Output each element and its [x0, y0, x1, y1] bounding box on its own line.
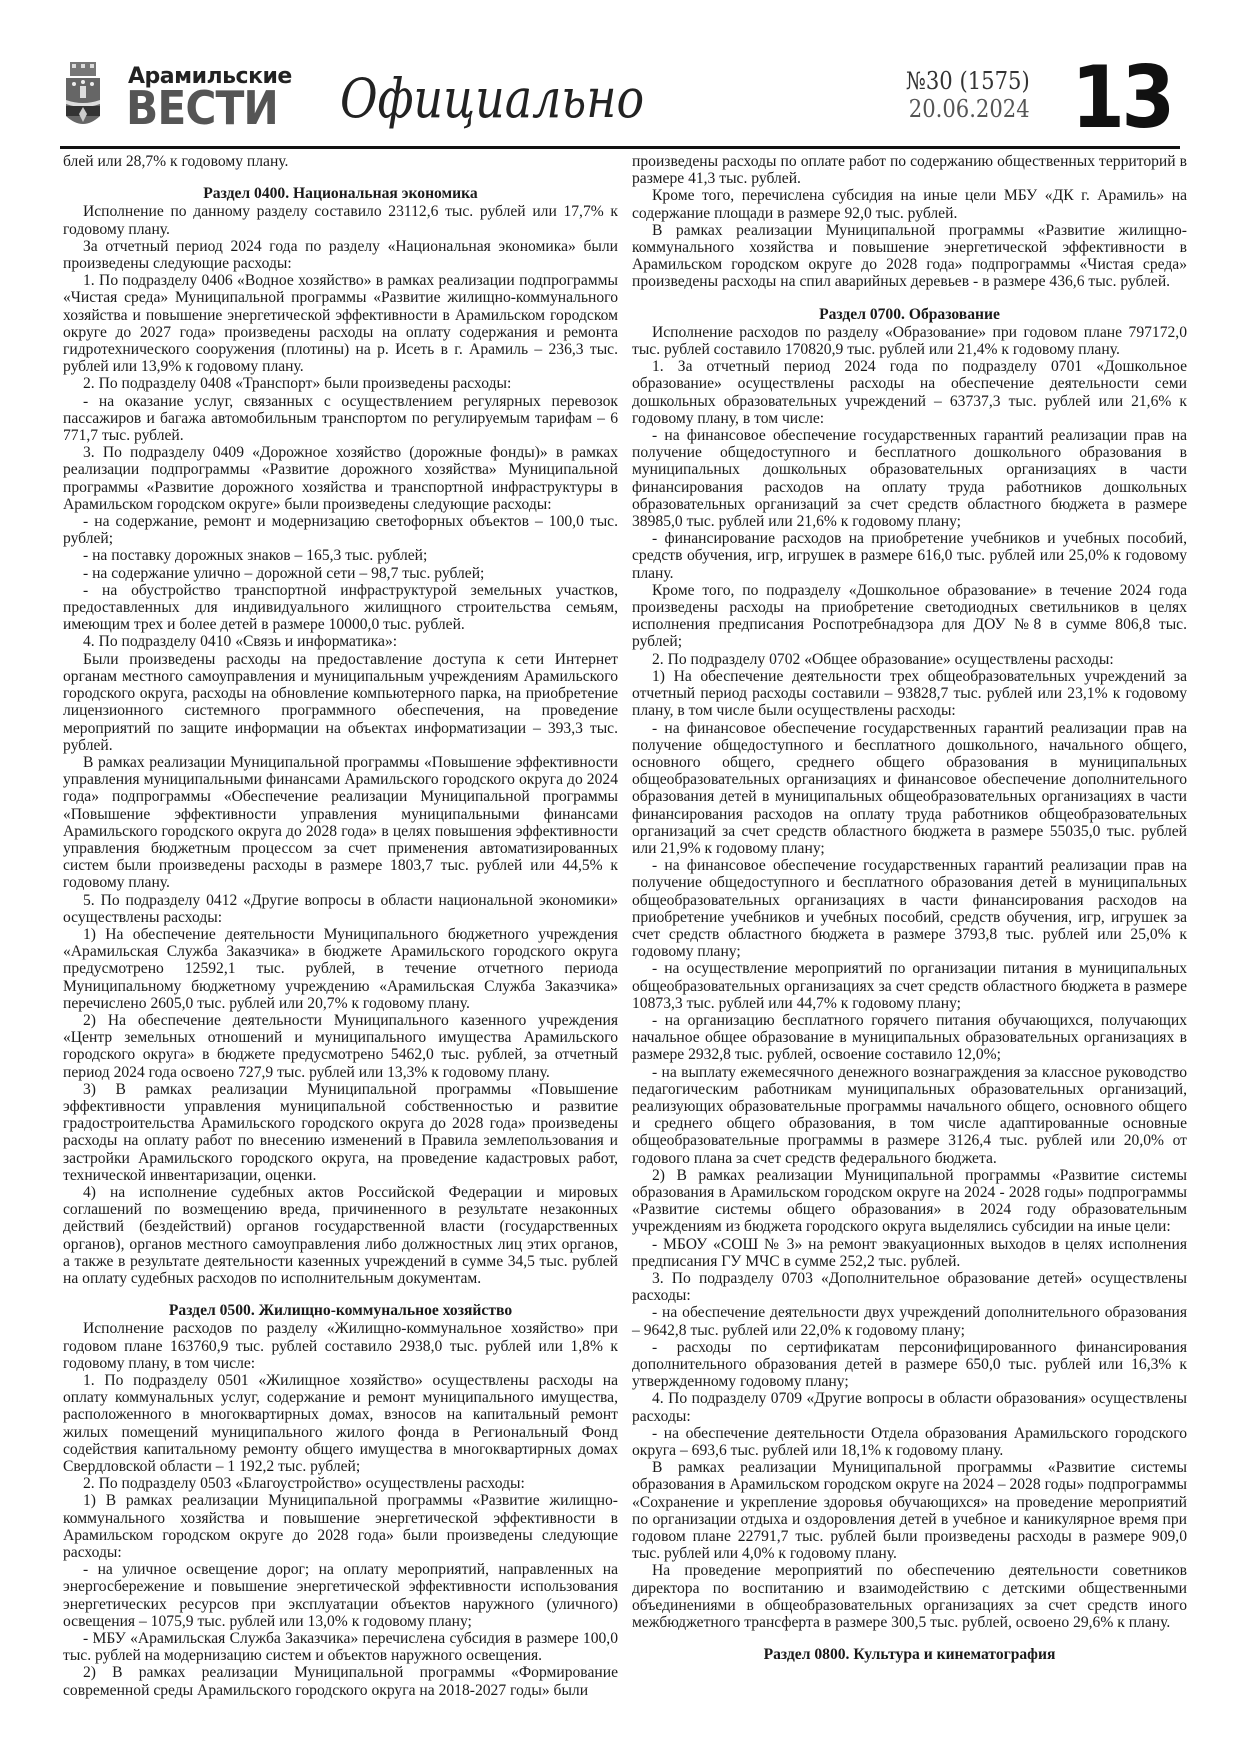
paragraph: 4. По подразделу 0709 «Другие вопросы в … — [632, 1390, 1187, 1424]
paragraph: 2. По подразделу 0408 «Транспорт» были п… — [63, 375, 618, 392]
logo-title-main: ВЕСТИ — [126, 82, 278, 134]
paragraph: 2. По подразделу 0503 «Благоустройство» … — [63, 1475, 618, 1492]
coat-of-arms-icon — [64, 62, 102, 132]
paragraph: - на оказание услуг, связанных с осущест… — [63, 393, 618, 445]
paragraph: Исполнение по данному разделу составило … — [63, 203, 618, 237]
paragraph: За отчетный период 2024 года по разделу … — [63, 238, 618, 272]
paragraph: 4) на исполнение судебных актов Российск… — [63, 1184, 618, 1287]
paragraph: 3. По подразделу 0703 «Дополнительное об… — [632, 1270, 1187, 1304]
paragraph: 2) В рамках реализации Муниципальной про… — [632, 1167, 1187, 1236]
paragraph: - расходы по сертификатам персонифициров… — [632, 1339, 1187, 1391]
paragraph: На проведение мероприятий по обеспечению… — [632, 1562, 1187, 1631]
paragraph: - на содержание, ремонт и модернизацию с… — [63, 513, 618, 547]
paragraph: 2) В рамках реализации Муниципальной про… — [63, 1664, 618, 1698]
paragraph: - на обустройство транспортной инфрастру… — [63, 582, 618, 634]
paragraph: 1) На обеспечение деятельности Муниципал… — [63, 926, 618, 1012]
paragraph: - на выплату ежемесячного денежного возн… — [632, 1064, 1187, 1167]
issue-info: №30 (1575) 20.06.2024 — [906, 67, 1030, 123]
paragraph: Кроме того, по подразделу «Дошкольное об… — [632, 582, 1187, 651]
paragraph: - на содержание улично – дорожной сети –… — [63, 565, 618, 582]
paragraph: - на осуществление мероприятий по органи… — [632, 960, 1187, 1012]
paragraph: Исполнение расходов по разделу «Жилищно-… — [63, 1320, 618, 1372]
paragraph: 3) В рамках реализации Муниципальной про… — [63, 1081, 618, 1184]
section-heading-0800: Раздел 0800. Культура и кинематография — [632, 1646, 1187, 1663]
paragraph: Кроме того, перечислена субсидия на иные… — [632, 187, 1187, 221]
section-heading-0700: Раздел 0700. Образование — [632, 306, 1187, 323]
paragraph: - на обеспечение деятельности двух учреж… — [632, 1304, 1187, 1338]
paragraph: Были произведены расходы на предоставлен… — [63, 651, 618, 754]
paragraph: 1) На обеспечение деятельности трех обще… — [632, 668, 1187, 720]
paragraph: 1. По подразделу 0501 «Жилищное хозяйств… — [63, 1372, 618, 1475]
header-divider — [60, 146, 1180, 149]
paragraph: 2) На обеспечение деятельности Муниципал… — [63, 1012, 618, 1081]
paragraph: - финансирование расходов на приобретени… — [632, 530, 1187, 582]
paragraph: 2. По подразделу 0702 «Общее образование… — [632, 651, 1187, 668]
page-number: 13 — [1071, 55, 1172, 141]
section-heading-0400: Раздел 0400. Национальная экономика — [63, 185, 618, 202]
paragraph: 1) В рамках реализации Муниципальной про… — [63, 1492, 618, 1561]
newspaper-masthead: Арамильские ВЕСТИ Официально №30 (1575) … — [60, 55, 1180, 137]
left-column: блей или 28,7% к годовому плану. Раздел … — [63, 153, 618, 1699]
paragraph: - МБУ «Арамильская Служба Заказчика» пер… — [63, 1630, 618, 1664]
newspaper-logo: Арамильские ВЕСТИ — [60, 60, 295, 135]
paragraph: 3. По подразделу 0409 «Дорожное хозяйств… — [63, 444, 618, 513]
paragraph: - на обеспечение деятельности Отдела обр… — [632, 1425, 1187, 1459]
paragraph: - на финансовое обеспечение государствен… — [632, 720, 1187, 858]
paragraph: блей или 28,7% к годовому плану. — [63, 153, 618, 170]
paragraph: - на финансовое обеспечение государствен… — [632, 857, 1187, 960]
paragraph: - МБОУ «СОШ № 3» на ремонт эвакуационных… — [632, 1236, 1187, 1270]
paragraph: - на финансовое обеспечение государствен… — [632, 427, 1187, 530]
paragraph: произведены расходы по оплате работ по с… — [632, 153, 1187, 187]
section-heading-0500: Раздел 0500. Жилищно-коммунальное хозяйс… — [63, 1302, 618, 1319]
paragraph: В рамках реализации Муниципальной програ… — [632, 222, 1187, 291]
paragraph: 1. По подразделу 0406 «Водное хозяйство»… — [63, 272, 618, 375]
section-rubric: Официально — [340, 67, 644, 130]
paragraph: 4. По подразделу 0410 «Связь и информати… — [63, 633, 618, 650]
issue-date: 20.06.2024 — [906, 95, 1030, 123]
paragraph: В рамках реализации Муниципальной програ… — [63, 754, 618, 892]
issue-number: №30 (1575) — [906, 67, 1030, 95]
paragraph: 5. По подразделу 0412 «Другие вопросы в … — [63, 892, 618, 926]
paragraph: В рамках реализации Муниципальной програ… — [632, 1459, 1187, 1562]
paragraph: - на уличное освещение дорог; на оплату … — [63, 1561, 618, 1630]
paragraph: - на организацию бесплатного горячего пи… — [632, 1012, 1187, 1064]
right-column: произведены расходы по оплате работ по с… — [632, 153, 1187, 1664]
paragraph: - на поставку дорожных знаков – 165,3 ты… — [63, 547, 618, 564]
paragraph: 1. За отчетный период 2024 года по подра… — [632, 358, 1187, 427]
paragraph: Исполнение расходов по разделу «Образова… — [632, 324, 1187, 358]
